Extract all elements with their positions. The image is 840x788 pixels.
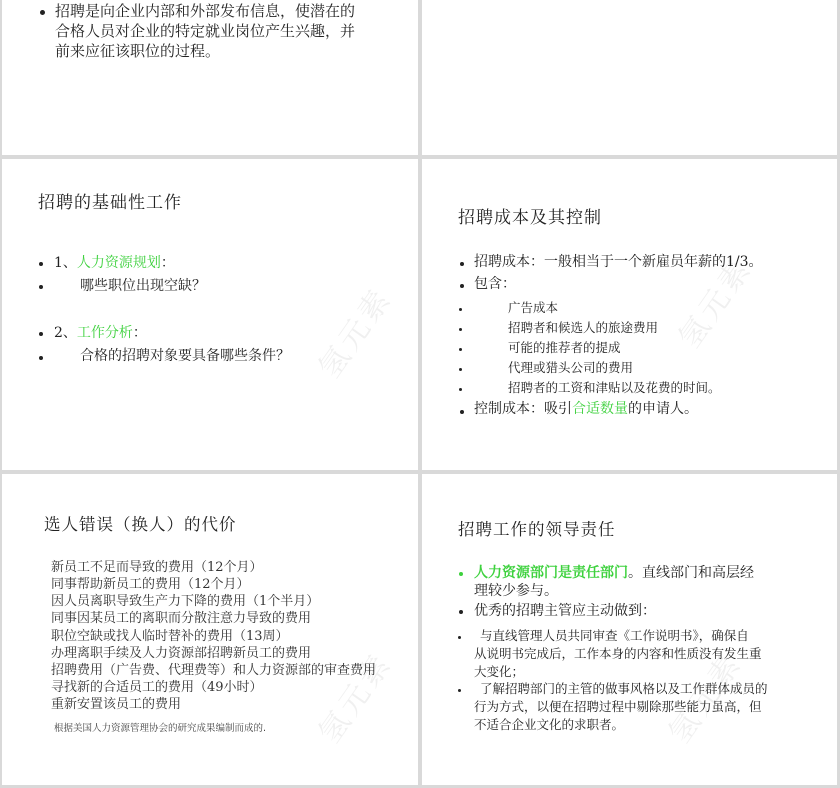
duty-2-line: 了解招聘部门的主管的做事风格以及工作群体成员的 — [480, 680, 768, 698]
bullet-icon — [39, 332, 43, 336]
slide-title: 选人错误（换人）的代价 — [44, 511, 237, 535]
duty-2-line: 行为方式，以便在招聘过程中剔除那些能力虽高，但 — [474, 698, 762, 716]
slide-6[interactable]: 招聘工作的领导责任 人力资源部门是责任部门。直线部门和高层经 理较少参与。 优秀… — [422, 474, 837, 785]
cost-item: 办理离职手续及人力资源部招聘新员工的费用 — [51, 645, 311, 662]
slide-2[interactable] — [422, 0, 837, 155]
control-prefix: 控制成本：吸引 — [474, 401, 572, 417]
bullet-icon — [39, 262, 43, 266]
bullet-icon — [459, 308, 462, 311]
responsibility-rest: 。直线部门和高层经 — [628, 565, 754, 581]
manager-duties: 优秀的招聘主管应主动做到： — [474, 601, 656, 621]
slide-3[interactable]: 招聘的基础性工作 1、人力资源规划： 哪些职位出现空缺？ 2、工作分析： 合格的… — [2, 159, 418, 470]
watermark: 氢元素 — [306, 642, 401, 751]
item-hr-planning: 1、人力资源规划： — [54, 253, 175, 273]
slide-grid: 招聘是向企业内部和外部发布信息，使潜在的 合格人员对企业的特定就业岗位产生兴趣，… — [0, 0, 840, 788]
slide1-line-3: 前来应征该职位的过程。 — [55, 41, 220, 61]
bullet-icon — [460, 410, 464, 414]
cost-item: 寻找新的合适员工的费用（49小时） — [51, 679, 263, 696]
slide-title: 招聘的基础性工作 — [38, 188, 182, 213]
duty-1-line: 从说明书完成后，工作本身的内容和性质没有发生重 — [474, 645, 762, 663]
item-suffix: ： — [133, 325, 147, 341]
highlight-text: 合适数量 — [572, 401, 628, 417]
slide-4[interactable]: 招聘成本及其控制 招聘成本：一般相当于一个新雇员年薪的1/3。 包含： 广告成本… — [422, 159, 837, 470]
bullet-icon — [458, 689, 461, 692]
item-prefix: 1、 — [54, 255, 77, 271]
bullet-icon — [39, 285, 43, 289]
slide-5[interactable]: 选人错误（换人）的代价 新员工不足而导致的费用（12个月） 同事帮助新员工的费用… — [2, 474, 418, 785]
bullet-icon — [458, 636, 461, 639]
source-note: 根据美国人力资源管理协会的研究成果编制而成的. — [54, 720, 266, 734]
cost-item: 同事帮助新员工的费用（12个月） — [51, 576, 250, 593]
bullet-icon — [460, 262, 464, 266]
slide-1[interactable]: 招聘是向企业内部和外部发布信息，使潜在的 合格人员对企业的特定就业岗位产生兴趣，… — [2, 0, 418, 155]
cost-item: 新员工不足而导致的费用（12个月） — [51, 559, 263, 576]
control-cost: 控制成本：吸引合适数量的申请人。 — [474, 399, 698, 419]
highlight-text: 人力资源部门是责任部门 — [474, 565, 628, 581]
item-question-2: 合格的招聘对象要具备哪些条件？ — [80, 346, 290, 366]
control-suffix: 的申请人。 — [628, 401, 698, 417]
sub-item: 广告成本 — [508, 298, 558, 318]
bullet-icon — [459, 348, 462, 351]
sub-item: 可能的推荐者的提成 — [508, 338, 621, 358]
duty-1-line: 大变化； — [474, 663, 524, 681]
bullet-icon — [40, 10, 45, 15]
sub-item: 招聘者和候选人的旅途费用 — [508, 318, 658, 338]
slide-title: 招聘成本及其控制 — [458, 203, 602, 228]
duty-2-line: 不适合企业文化的求职者。 — [474, 716, 624, 734]
slide1-line-2: 合格人员对企业的特定就业岗位产生兴趣，并 — [55, 21, 355, 41]
bullet-icon — [39, 356, 43, 360]
item-prefix: 2、 — [54, 325, 77, 341]
bullet-icon — [459, 328, 462, 331]
watermark: 氢元素 — [306, 277, 401, 386]
bullet-icon — [459, 388, 462, 391]
highlight-text: 工作分析 — [77, 325, 133, 341]
cost-item: 重新安置该员工的费用 — [51, 696, 181, 713]
slide-title: 招聘工作的领导责任 — [458, 516, 616, 540]
sub-item: 代理或猎头公司的费用 — [508, 358, 633, 378]
responsibility-line-1: 人力资源部门是责任部门。直线部门和高层经 — [474, 563, 754, 583]
bullet-icon — [459, 368, 462, 371]
cost-item: 招聘费用（广告费、代理费等）和人力资源部的审查费用 — [51, 662, 376, 679]
sub-item: 招聘者的工资和津贴以及花费的时间。 — [508, 378, 721, 398]
item-suffix: ： — [161, 255, 175, 271]
cost-item: 因人员离职导致生产力下降的费用（1个半月） — [51, 593, 319, 610]
responsibility-line-2: 理较少参与。 — [474, 581, 558, 601]
cost-item: 同事因某员工的离职而分散注意力导致的费用 — [51, 610, 311, 627]
cost-item: 职位空缺或找人临时替补的费用（13周） — [51, 628, 289, 645]
item-question-1: 哪些职位出现空缺？ — [80, 276, 206, 296]
cost-intro: 招聘成本：一般相当于一个新雇员年薪的1/3。 — [474, 252, 763, 272]
item-job-analysis: 2、工作分析： — [54, 323, 147, 343]
highlight-text: 人力资源规划 — [77, 255, 161, 271]
bullet-icon — [459, 610, 463, 614]
includes-label: 包含： — [474, 274, 516, 294]
slide1-line-1: 招聘是向企业内部和外部发布信息，使潜在的 — [55, 1, 355, 21]
bullet-icon — [459, 572, 463, 576]
bullet-icon — [460, 284, 464, 288]
duty-1-line: 与直线管理人员共同审查《工作说明书》，确保自 — [480, 627, 749, 645]
